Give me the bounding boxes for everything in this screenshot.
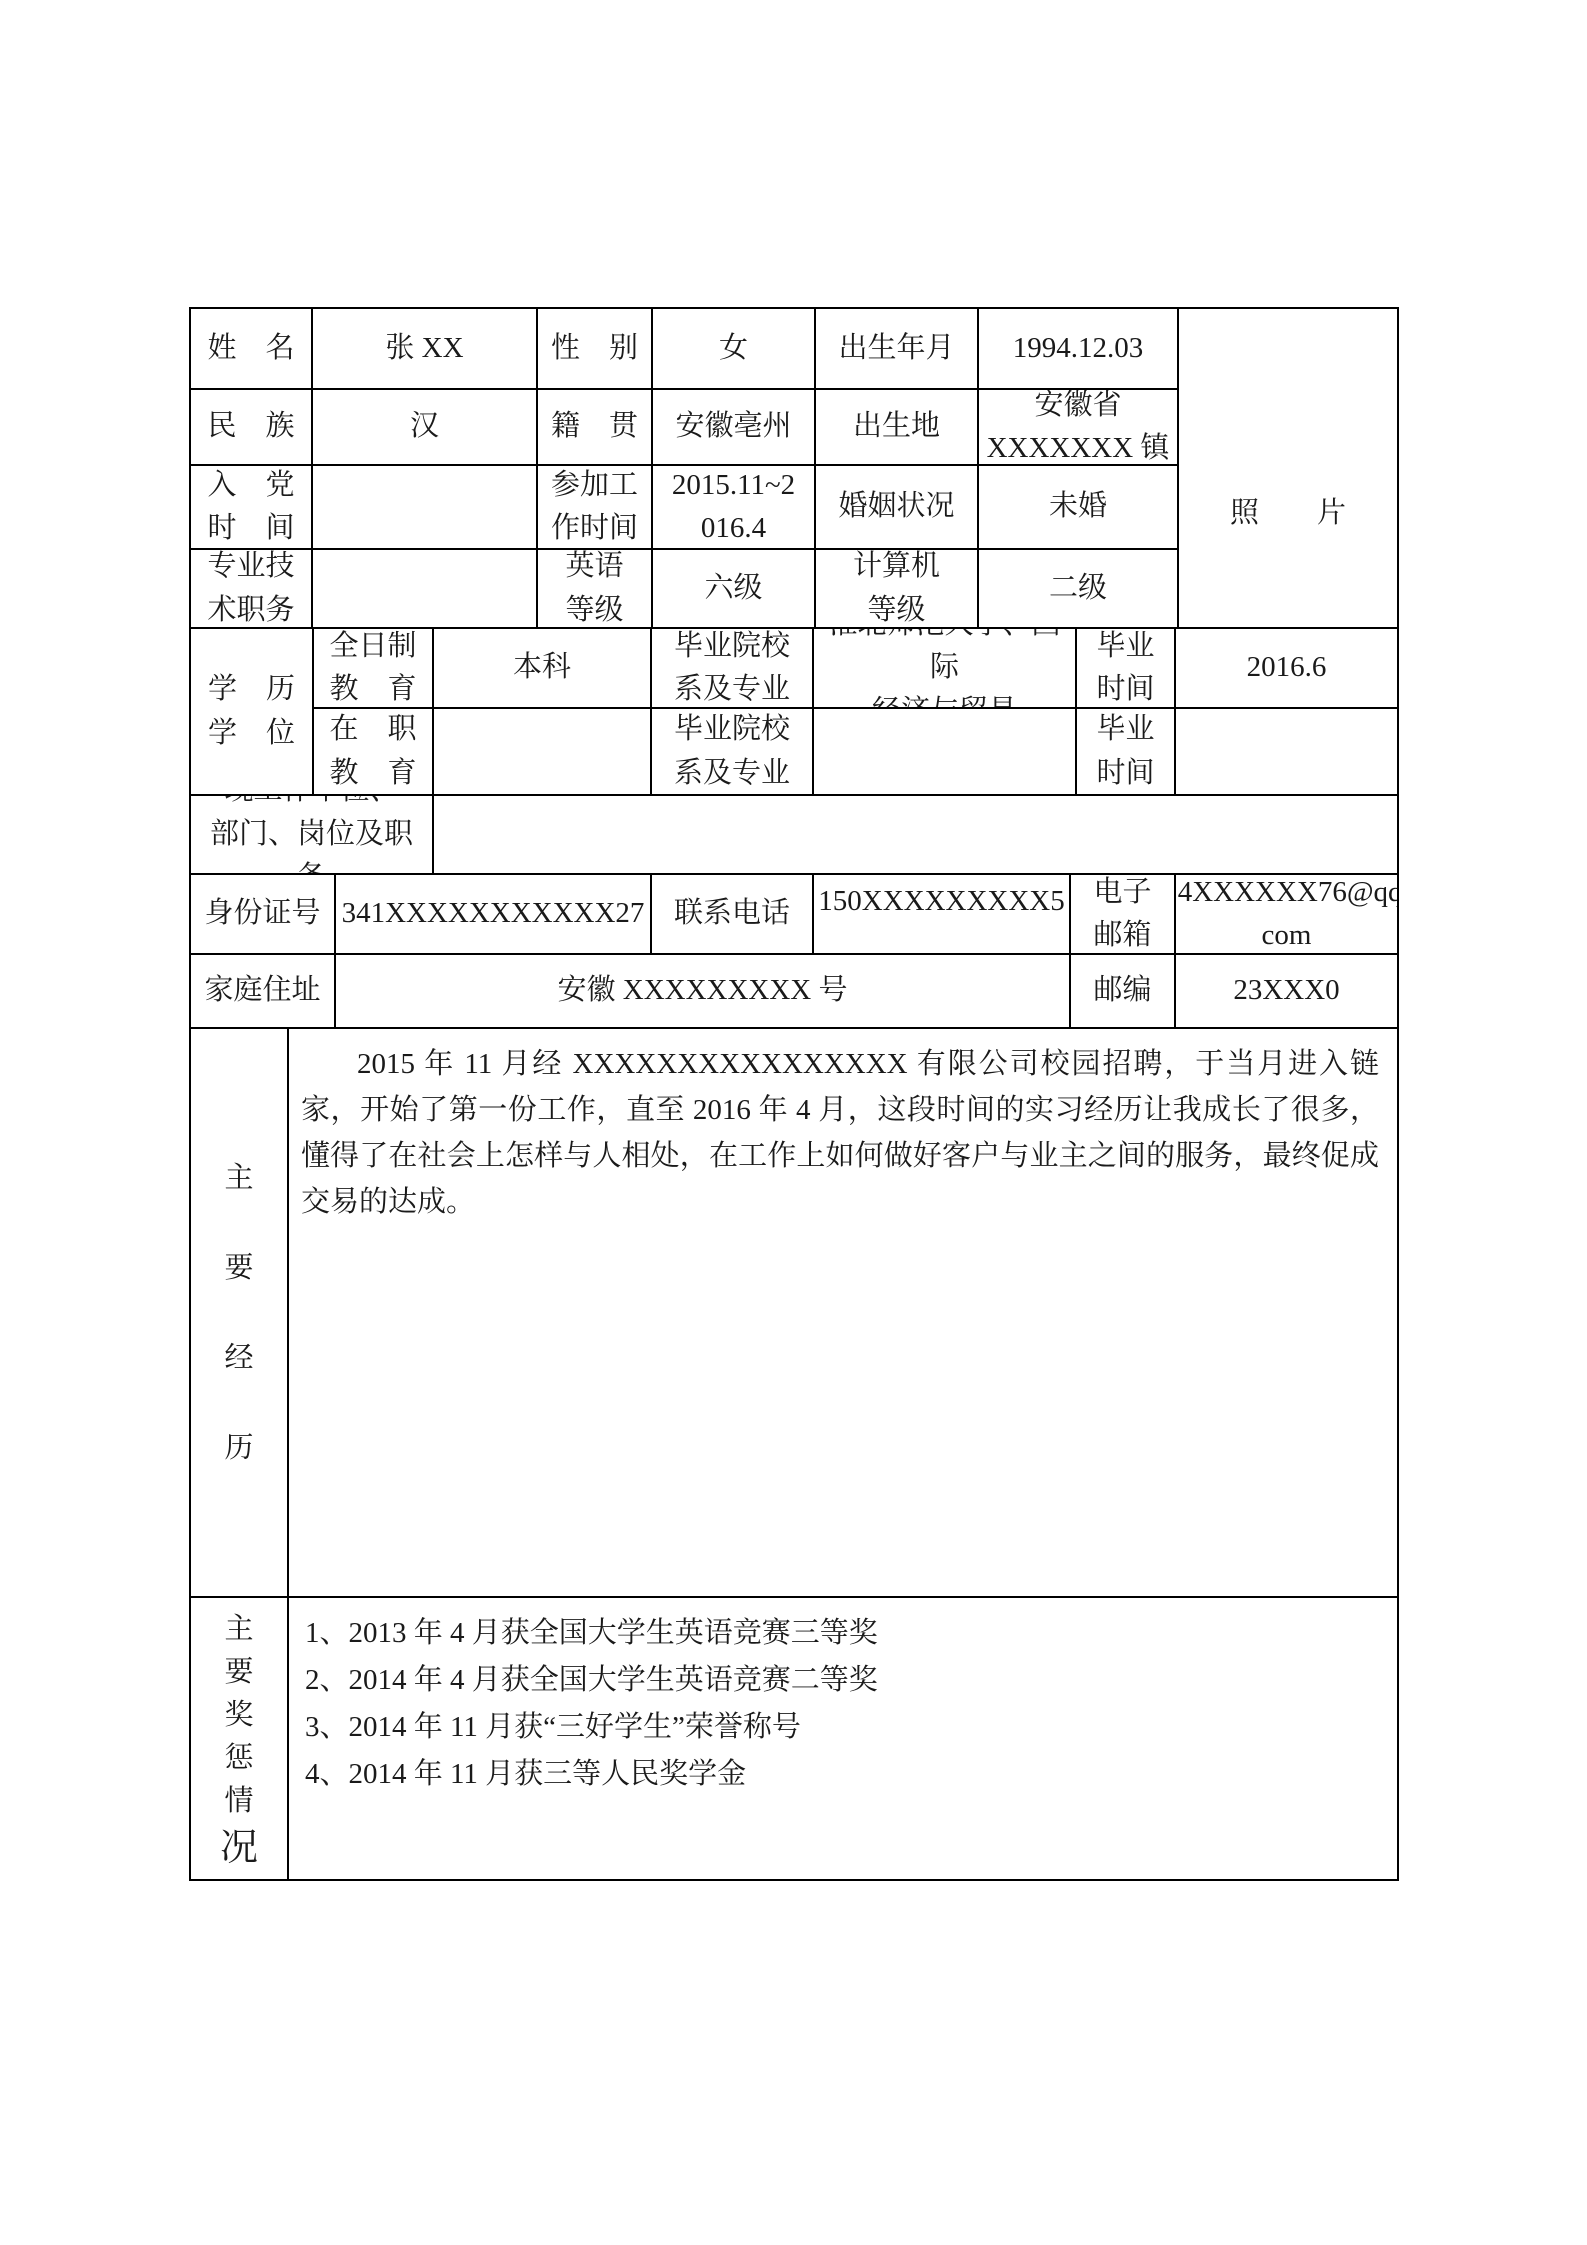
fulltime-school-value: 淮北师范大学、国际 经济与贸易 bbox=[814, 629, 1077, 709]
award-item: 4、2014 年 11 月获三等人民奖学金 bbox=[305, 1751, 746, 1798]
awards-label-last-char: 况 bbox=[220, 1826, 258, 1870]
award-item: 3、2014 年 11 月获“三好学生”荣誉称号 bbox=[305, 1704, 801, 1751]
birthplace-value: 安徽省 XXXXXXX 镇 bbox=[979, 390, 1179, 466]
onjob-grad-time-value bbox=[1176, 709, 1397, 796]
gender-label: 性 别 bbox=[538, 309, 653, 390]
onjob-school-value bbox=[814, 709, 1077, 796]
awards-list: 1、2013 年 4 月获全国大学生英语竞赛三等奖 2、2014 年 4 月获全… bbox=[289, 1598, 1397, 1879]
address-section: 家庭住址 安徽 XXXXXXXXX 号 邮编 23XXX0 bbox=[191, 955, 1397, 1029]
id-number-value: 341XXXXXXXXXXX27 bbox=[336, 875, 652, 955]
contact-section: 身份证号 341XXXXXXXXXXX27 联系电话 150XXXXXXXXX5… bbox=[191, 875, 1397, 955]
gender-value: 女 bbox=[653, 309, 816, 390]
id-number-label: 身份证号 bbox=[191, 875, 336, 955]
birth-date-label: 出生年月 bbox=[816, 309, 979, 390]
marital-status-value: 未婚 bbox=[979, 466, 1179, 550]
home-address-value: 安徽 XXXXXXXXX 号 bbox=[336, 955, 1071, 1029]
name-label: 姓 名 bbox=[191, 309, 313, 390]
award-item: 2、2014 年 4 月获全国大学生英语竞赛二等奖 bbox=[305, 1657, 878, 1704]
ethnicity-value: 汉 bbox=[313, 390, 538, 466]
birth-date-value: 1994.12.03 bbox=[979, 309, 1179, 390]
fulltime-education-label: 全日制 教 育 bbox=[314, 629, 434, 709]
current-work-section: 现工作单位、 部门、岗位及职务 bbox=[191, 796, 1397, 875]
fulltime-degree-value: 本科 bbox=[434, 629, 652, 709]
postcode-label: 邮编 bbox=[1071, 955, 1176, 1029]
basic-info-section: 姓 名 张 XX 性 别 女 出生年月 1994.12.03 照 片 民 族 汉… bbox=[191, 309, 1397, 629]
awards-section: 主 要 奖 惩 情 况 1、2013 年 4 月获全国大学生英语竞赛三等奖 2、… bbox=[191, 1598, 1397, 1879]
experience-text: 2015 年 11 月经 XXXXXXXXXXXXXXXX 有限公司校园招聘，于… bbox=[289, 1029, 1397, 1598]
email-value: 14XXXXXX76@qq. com bbox=[1176, 875, 1397, 955]
work-start-time-value: 2015.11~2 016.4 bbox=[653, 466, 816, 550]
postcode-value: 23XXX0 bbox=[1176, 955, 1397, 1029]
english-level-value: 六级 bbox=[653, 550, 816, 629]
computer-level-label: 计算机 等级 bbox=[816, 550, 979, 629]
party-join-time-value bbox=[313, 466, 538, 550]
personal-info-form-table: 姓 名 张 XX 性 别 女 出生年月 1994.12.03 照 片 民 族 汉… bbox=[189, 307, 1399, 1881]
current-work-label: 现工作单位、 部门、岗位及职务 bbox=[191, 796, 434, 875]
photo-label: 照 片 bbox=[1230, 492, 1346, 536]
onjob-degree-value bbox=[434, 709, 652, 796]
education-section: 学 历 学 位 全日制 教 育 本科 毕业院校 系及专业 淮北师范大学、国际 经… bbox=[191, 629, 1397, 796]
photo-placeholder-cell: 照 片 bbox=[1179, 309, 1397, 629]
work-start-time-label: 参加工 作时间 bbox=[538, 466, 653, 550]
native-place-value: 安徽亳州 bbox=[653, 390, 816, 466]
awards-section-label: 主 要 奖 惩 情 况 bbox=[191, 1598, 289, 1879]
onjob-education-label: 在 职 教 育 bbox=[314, 709, 434, 796]
marital-status-label: 婚姻状况 bbox=[816, 466, 979, 550]
home-address-label: 家庭住址 bbox=[191, 955, 336, 1029]
computer-level-value: 二级 bbox=[979, 550, 1179, 629]
award-item: 1、2013 年 4 月获全国大学生英语竞赛三等奖 bbox=[305, 1610, 878, 1657]
ethnicity-label: 民 族 bbox=[191, 390, 313, 466]
name-value: 张 XX bbox=[313, 309, 538, 390]
email-label: 电子 邮箱 bbox=[1071, 875, 1176, 955]
prof-title-value bbox=[313, 550, 538, 629]
onjob-grad-time-label: 毕业 时间 bbox=[1077, 709, 1176, 796]
birthplace-label: 出生地 bbox=[816, 390, 979, 466]
phone-value: 150XXXXXXXXX5 bbox=[814, 875, 1071, 955]
native-place-label: 籍 贯 bbox=[538, 390, 653, 466]
experience-section-label: 主 要 经 历 bbox=[191, 1029, 289, 1598]
party-join-time-label: 入 党 时 间 bbox=[191, 466, 313, 550]
prof-title-label: 专业技 术职务 bbox=[191, 550, 313, 629]
experience-section: 主 要 经 历 2015 年 11 月经 XXXXXXXXXXXXXXXX 有限… bbox=[191, 1029, 1397, 1598]
fulltime-grad-time-value: 2016.6 bbox=[1176, 629, 1397, 709]
document-page: { "page": { "background": "#ffffff", "te… bbox=[0, 0, 1587, 2245]
education-section-label: 学 历 学 位 bbox=[191, 629, 314, 796]
phone-label: 联系电话 bbox=[652, 875, 814, 955]
current-work-value bbox=[434, 796, 1397, 875]
onjob-school-label: 毕业院校 系及专业 bbox=[652, 709, 814, 796]
fulltime-school-label: 毕业院校 系及专业 bbox=[652, 629, 814, 709]
english-level-label: 英语 等级 bbox=[538, 550, 653, 629]
awards-label-chars: 主 要 奖 惩 情 bbox=[224, 1608, 253, 1823]
fulltime-grad-time-label: 毕业 时间 bbox=[1077, 629, 1176, 709]
